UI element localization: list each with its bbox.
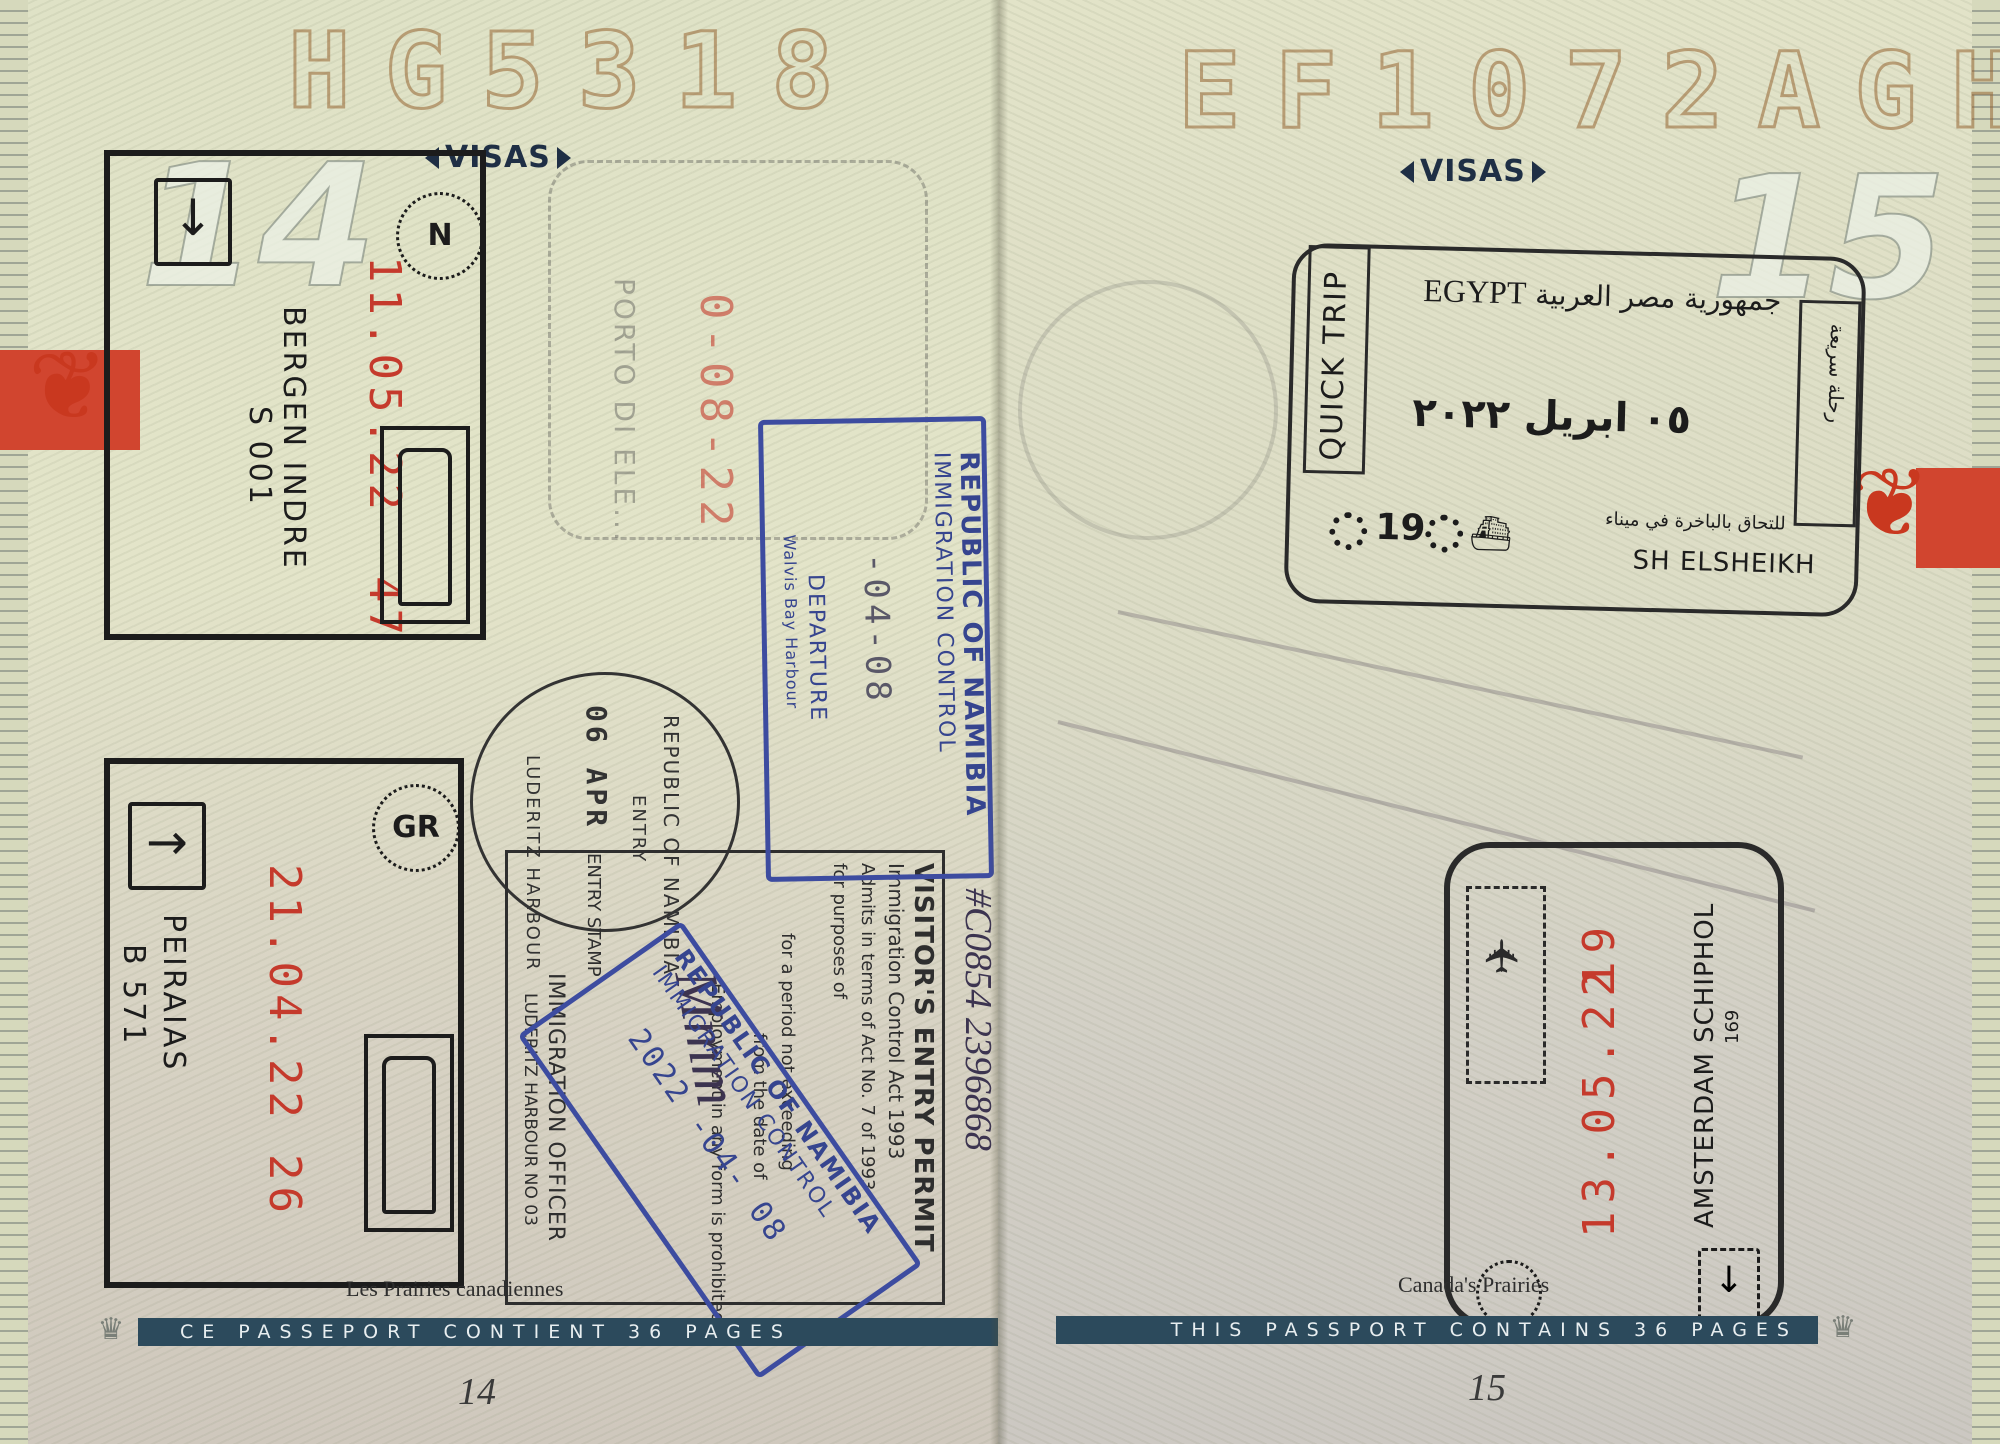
permit-act: Immigration Control Act 1993 (884, 863, 908, 1159)
scene-rail (1118, 610, 1804, 759)
visas-section-label: VISAS (1400, 154, 1546, 189)
page-number: 15 (1468, 1366, 1506, 1410)
page-number: 14 (458, 1370, 496, 1414)
book-gutter (990, 0, 1008, 1444)
stamp-code: B 571 (117, 944, 150, 1046)
egypt-header-english: EGYPT (1423, 272, 1527, 311)
entry-arrow-down-icon: ↓ (154, 178, 232, 266)
quick-trip-box: QUICK TRIP (1303, 245, 1371, 475)
stamp-place: PORTO DI ELE... (608, 278, 641, 544)
egypt-port-arabic: للتحاق بالباخرة في ميناء (1605, 509, 1786, 535)
quick-trip-label: QUICK TRIP (1314, 270, 1354, 462)
ship-icon (364, 1034, 454, 1232)
maple-leaf-icon: ❦ (28, 338, 108, 434)
stamp-date: 0-08-22 (690, 293, 741, 534)
sun-emblem-icon (1329, 512, 1368, 551)
permit-text-1: Admits in terms of Act No. 7 of 1993 (857, 863, 878, 1191)
maple-leaf-icon: ❦ (1850, 455, 1930, 551)
circle-date: 06 APR (580, 705, 613, 830)
passport-spread: ❦ HG5318 VISAS 14 PORTO DI ELE... 0-08-2… (0, 0, 2000, 1444)
stamp-place: Walvis Bay Harbour (780, 534, 802, 709)
perforated-passport-number: EF1072AGH (1178, 30, 2000, 152)
stamp-date: 21.04.22 (259, 864, 310, 1124)
stamp-faint-circle (1018, 280, 1278, 540)
egypt-header-arabic: جمهورية مصر العربية (1535, 278, 1782, 317)
page-count-band: CE PASSEPORT CONTIENT 36 PAGES (138, 1318, 998, 1346)
stamp-time-code: 19 (1574, 919, 1625, 988)
arabic-side-label: رحلة سريعة (1823, 324, 1850, 424)
stamp-time-code: 26 (259, 1154, 310, 1219)
egypt-port: SH ELSHEIKH (1632, 546, 1816, 581)
permit-entry-stamp: ENTRY STAMP (583, 853, 604, 977)
triangle-right-icon (1532, 161, 1546, 183)
permit-title: VISITOR'S ENTRY PERMIT (908, 863, 938, 1253)
arabic-side-box: رحلة سريعة (1794, 300, 1862, 528)
page-count-band: THIS PASSPORT CONTAINS 36 PAGES (1056, 1316, 1818, 1344)
permit-text-2: for purposes of (829, 863, 850, 999)
stamp-date: -04-08 (855, 553, 898, 707)
ship-icon (380, 426, 470, 624)
country-badge-GR: GR (372, 784, 460, 872)
stamp-place: PEIRAIAS (157, 914, 190, 1072)
edge-security-stripes (0, 0, 28, 1444)
exit-arrow-right-icon: → (128, 802, 206, 890)
edge-security-stripes (1972, 0, 2000, 1444)
stamp-line1: REPUBLIC OF NAMIBIA (954, 451, 990, 818)
stamp-code: 169 (1722, 1010, 1743, 1044)
egypt-date-arabic: ٠٥ ابريل ٢٠٢٢ (1412, 390, 1692, 443)
triangle-left-icon (1400, 161, 1414, 183)
page-15: ❦ EF1072AGH VISAS 15 QUICK TRIP جمهورية … (998, 0, 2000, 1444)
stamp-date: 13.05.22 (1574, 962, 1625, 1238)
airplane-icon: ✈ (1466, 886, 1546, 1084)
page-caption: Canada's Prairies (1398, 1272, 1549, 1298)
visas-text: VISAS (1420, 154, 1526, 189)
perforated-passport-number: HG5318 (288, 10, 868, 132)
stamp-place: AMSTERDAM SCHIPHOL (1690, 903, 1720, 1228)
stamp-label: DEPARTURE (803, 574, 831, 723)
crown-icon: ♛ (1828, 1308, 1858, 1348)
sun-emblem-icon (1425, 514, 1464, 553)
exit-arrow-down-icon: ↓ (1698, 1248, 1760, 1320)
stamp-place: BERGEN INDRE (277, 306, 310, 571)
stamp-namibia-departure: REPUBLIC OF NAMIBIA IMMIGRATION CONTROL … (758, 416, 994, 882)
stamp-line2: IMMIGRATION CONTROL (929, 452, 959, 754)
egypt-code: 19 (1375, 507, 1426, 549)
stamp-greece-peiraias: → GR PEIRAIAS B 571 21.04.22 26 (104, 758, 464, 1288)
page-14: ❦ HG5318 VISAS 14 PORTO DI ELE... 0-08-2… (0, 0, 998, 1444)
stamp-code: S 001 (243, 406, 276, 507)
stamp-netherlands-schiphol: ✈ 13.05.22 19 AMSTERDAM SCHIPHOL 169 ↓ (1444, 842, 1784, 1328)
page-caption: Les Prairies canadiennes (346, 1276, 563, 1302)
ship-icon: ⛴ (1469, 513, 1513, 554)
egypt-header: جمهورية مصر العربية EGYPT (1423, 272, 1782, 318)
stamp-norway-bergen: ↓ N BERGEN INDRE S 001 11.05.22 47 (104, 150, 486, 640)
crown-icon: ♛ (96, 1310, 126, 1350)
stamp-egypt-sharm-elsheikh: QUICK TRIP جمهورية مصر العربية EGYPT ٠٥ … (1283, 243, 1866, 618)
